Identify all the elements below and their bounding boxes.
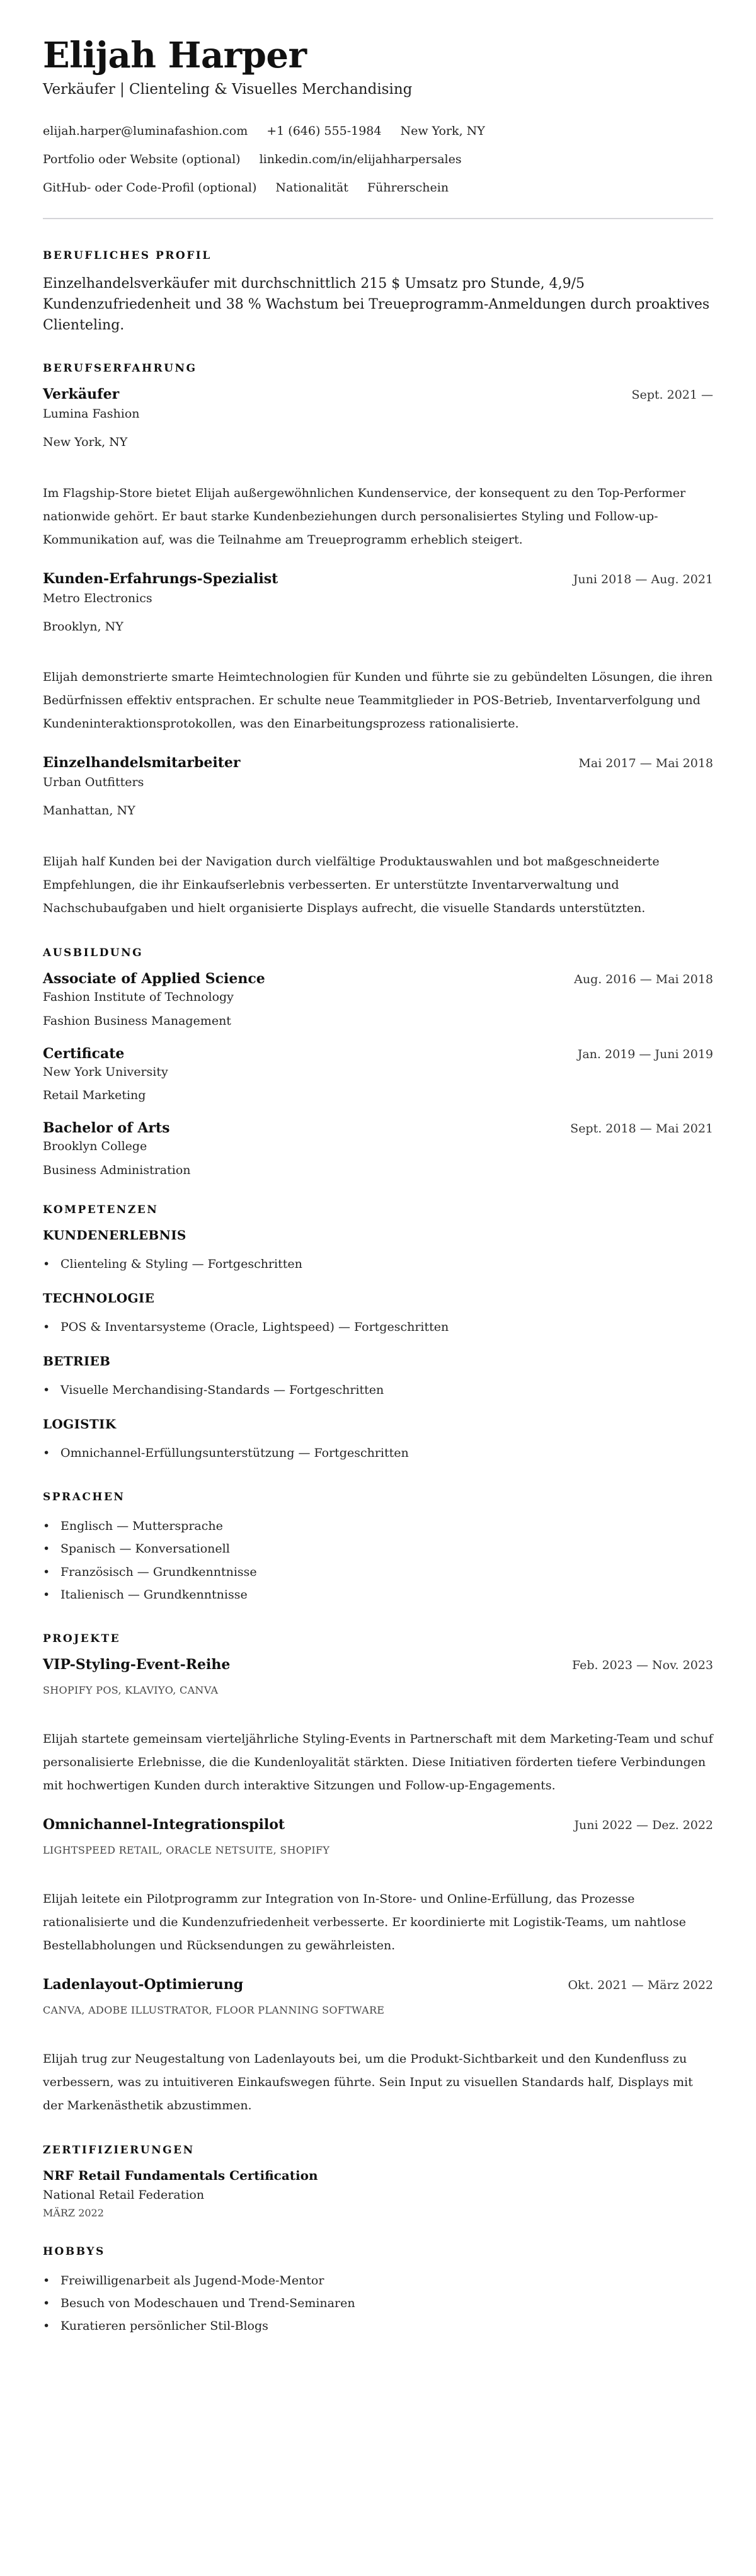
job-date: Mai 2017 — Mai 2018 <box>578 756 713 770</box>
certification-date: März 2022 <box>43 2207 713 2219</box>
project-entry: Ladenlayout-Optimierung Okt. 2021 — März… <box>43 1976 713 2117</box>
section-title-education: Ausbildung <box>43 947 713 959</box>
job-company: Urban Outfitters <box>43 775 713 790</box>
language-item: Italienisch — Grundkenntnisse <box>43 1583 713 1606</box>
hobby-list: Freiwilligenarbeit als Jugend-Mode-Mento… <box>43 2269 713 2337</box>
hobby-item: Kuratieren persönlicher Stil-Blogs <box>43 2315 713 2337</box>
project-name: Omnichannel-Integrationspilot <box>43 1816 285 1833</box>
hobby-item: Besuch von Modeschauen und Trend-Seminar… <box>43 2292 713 2315</box>
project-tech: Lightspeed Retail, Oracle NetSuite, Shop… <box>43 1844 713 1856</box>
contact-linkedin[interactable]: linkedin.com/in/elijahharpersales <box>260 152 462 168</box>
skill-item: POS & Inventarsysteme (Oracle, Lightspee… <box>43 1316 713 1338</box>
section-title-projects: Projekte <box>43 1633 713 1645</box>
job-title: Kunden-Erfahrungs-Spezialist <box>43 571 278 587</box>
education-entry: Certificate Jan. 2019 — Juni 2019 New Yo… <box>43 1046 713 1103</box>
study-field: Business Administration <box>43 1163 713 1177</box>
header-divider <box>43 218 713 219</box>
skill-item: Clienteling & Styling — Fortgeschritten <box>43 1253 713 1275</box>
languages-section: Sprachen Englisch — Muttersprache Spanis… <box>43 1491 713 1605</box>
contact-row-links: Portfolio oder Website (optional) linked… <box>43 152 713 168</box>
job-description: Im Flagship-Store bietet Elijah außergew… <box>43 482 713 552</box>
job-company: Lumina Fashion <box>43 406 713 422</box>
study-field: Fashion Business Management <box>43 1014 713 1028</box>
project-tech: Canva, Adobe Illustrator, Floor Planning… <box>43 2004 713 2016</box>
hobbies-section: Hobbys Freiwilligenarbeit als Jugend-Mod… <box>43 2245 713 2337</box>
job-location: Brooklyn, NY <box>43 619 713 635</box>
study-field: Retail Marketing <box>43 1088 713 1102</box>
contact-license: Führerschein <box>367 180 449 196</box>
skill-list: Visuelle Merchandising-Standards — Fortg… <box>43 1379 713 1401</box>
candidate-headline: Verkäufer | Clienteling & Visuelles Merc… <box>43 81 713 100</box>
contact-location: New York, NY <box>400 123 484 139</box>
resume-header: Elijah Harper Verkäufer | Clienteling & … <box>43 35 713 195</box>
skill-item: Omnichannel-Erfüllungsunterstützung — Fo… <box>43 1442 713 1464</box>
certifications-section: Zertifizierungen NRF Retail Fundamentals… <box>43 2144 713 2219</box>
project-entry: VIP-Styling-Event-Reihe Feb. 2023 — Nov.… <box>43 1656 713 1798</box>
project-entry: Omnichannel-Integrationspilot Juni 2022 … <box>43 1816 713 1958</box>
profile-section: Berufliches Profil Einzelhandelsverkäufe… <box>43 249 713 336</box>
degree-title: Bachelor of Arts <box>43 1120 170 1136</box>
language-item: Französisch — Grundkenntnisse <box>43 1561 713 1583</box>
job-location: Manhattan, NY <box>43 803 713 819</box>
certification-name: NRF Retail Fundamentals Certification <box>43 2168 713 2183</box>
experience-entry: Verkäufer Sept. 2021 — Lumina Fashion Ne… <box>43 386 713 552</box>
certification-issuer: National Retail Federation <box>43 2188 713 2202</box>
job-title: Einzelhandelsmitarbeiter <box>43 755 240 771</box>
education-section: Ausbildung Associate of Applied Science … <box>43 947 713 1177</box>
section-title-experience: Berufserfahrung <box>43 362 713 375</box>
contact-phone[interactable]: +1 (646) 555-1984 <box>266 123 381 139</box>
project-date: Juni 2022 — Dez. 2022 <box>574 1818 713 1832</box>
skill-list: POS & Inventarsysteme (Oracle, Lightspee… <box>43 1316 713 1338</box>
experience-entry: Kunden-Erfahrungs-Spezialist Juni 2018 —… <box>43 571 713 736</box>
degree-date: Aug. 2016 — Mai 2018 <box>574 972 713 986</box>
degree-title: Certificate <box>43 1046 124 1062</box>
language-item: Spanisch — Konversationell <box>43 1537 713 1560</box>
project-name: VIP-Styling-Event-Reihe <box>43 1656 230 1673</box>
section-title-certifications: Zertifizierungen <box>43 2144 713 2157</box>
experience-section: Berufserfahrung Verkäufer Sept. 2021 — L… <box>43 362 713 920</box>
skill-group-title: KUNDENERLEBNIS <box>43 1228 713 1243</box>
project-tech: Shopify POS, Klaviyo, Canva <box>43 1684 713 1696</box>
school-name: Fashion Institute of Technology <box>43 989 713 1005</box>
job-company: Metro Electronics <box>43 591 713 607</box>
skill-group-title: LOGISTIK <box>43 1416 713 1432</box>
language-item: Englisch — Muttersprache <box>43 1515 713 1537</box>
degree-title: Associate of Applied Science <box>43 971 265 987</box>
project-description: Elijah startete gemeinsam vierteljährlic… <box>43 1728 713 1798</box>
degree-date: Jan. 2019 — Juni 2019 <box>578 1047 713 1061</box>
project-name: Ladenlayout-Optimierung <box>43 1976 243 1993</box>
job-title: Verkäufer <box>43 386 119 402</box>
language-list: Englisch — Muttersprache Spanisch — Konv… <box>43 1515 713 1605</box>
skill-list: Clienteling & Styling — Fortgeschritten <box>43 1253 713 1275</box>
skill-group-title: TECHNOLOGIE <box>43 1291 713 1306</box>
job-date: Juni 2018 — Aug. 2021 <box>573 573 713 586</box>
skill-group-title: BETRIEB <box>43 1354 713 1369</box>
project-date: Feb. 2023 — Nov. 2023 <box>572 1658 713 1672</box>
section-title-hobbies: Hobbys <box>43 2245 713 2258</box>
contact-github[interactable]: GitHub- oder Code-Profil (optional) <box>43 180 256 196</box>
candidate-name: Elijah Harper <box>43 35 713 76</box>
job-date: Sept. 2021 — <box>631 388 713 402</box>
skill-list: Omnichannel-Erfüllungsunterstützung — Fo… <box>43 1442 713 1464</box>
job-description: Elijah demonstrierte smarte Heimtechnolo… <box>43 666 713 736</box>
job-description: Elijah half Kunden bei der Navigation du… <box>43 850 713 920</box>
contact-row-primary: elijah.harper@luminafashion.com +1 (646)… <box>43 123 713 139</box>
section-title-skills: Kompetenzen <box>43 1204 713 1216</box>
contact-email[interactable]: elijah.harper@luminafashion.com <box>43 123 248 139</box>
job-location: New York, NY <box>43 435 713 450</box>
school-name: New York University <box>43 1064 713 1080</box>
contact-row-extra: GitHub- oder Code-Profil (optional) Nati… <box>43 180 713 196</box>
degree-date: Sept. 2018 — Mai 2021 <box>570 1122 713 1136</box>
contact-nationality: Nationalität <box>275 180 348 196</box>
skill-item: Visuelle Merchandising-Standards — Fortg… <box>43 1379 713 1401</box>
section-title-profile: Berufliches Profil <box>43 249 713 262</box>
education-entry: Bachelor of Arts Sept. 2018 — Mai 2021 B… <box>43 1120 713 1177</box>
experience-entry: Einzelhandelsmitarbeiter Mai 2017 — Mai … <box>43 755 713 920</box>
certification-entry: NRF Retail Fundamentals Certification Na… <box>43 2168 713 2219</box>
project-description: Elijah trug zur Neugestaltung von Ladenl… <box>43 2048 713 2117</box>
projects-section: Projekte VIP-Styling-Event-Reihe Feb. 20… <box>43 1633 713 2117</box>
resume-page: Elijah Harper Verkäufer | Clienteling & … <box>0 0 756 2402</box>
skills-section: Kompetenzen KUNDENERLEBNIS Clienteling &… <box>43 1204 713 1464</box>
profile-summary: Einzelhandelsverkäufer mit durchschnittl… <box>43 273 713 336</box>
project-description: Elijah leitete ein Pilotprogramm zur Int… <box>43 1888 713 1958</box>
education-entry: Associate of Applied Science Aug. 2016 —… <box>43 971 713 1028</box>
hobby-item: Freiwilligenarbeit als Jugend-Mode-Mento… <box>43 2269 713 2292</box>
project-date: Okt. 2021 — März 2022 <box>568 1978 713 1992</box>
section-title-languages: Sprachen <box>43 1491 713 1503</box>
school-name: Brooklyn College <box>43 1139 713 1154</box>
contact-portfolio[interactable]: Portfolio oder Website (optional) <box>43 152 241 168</box>
